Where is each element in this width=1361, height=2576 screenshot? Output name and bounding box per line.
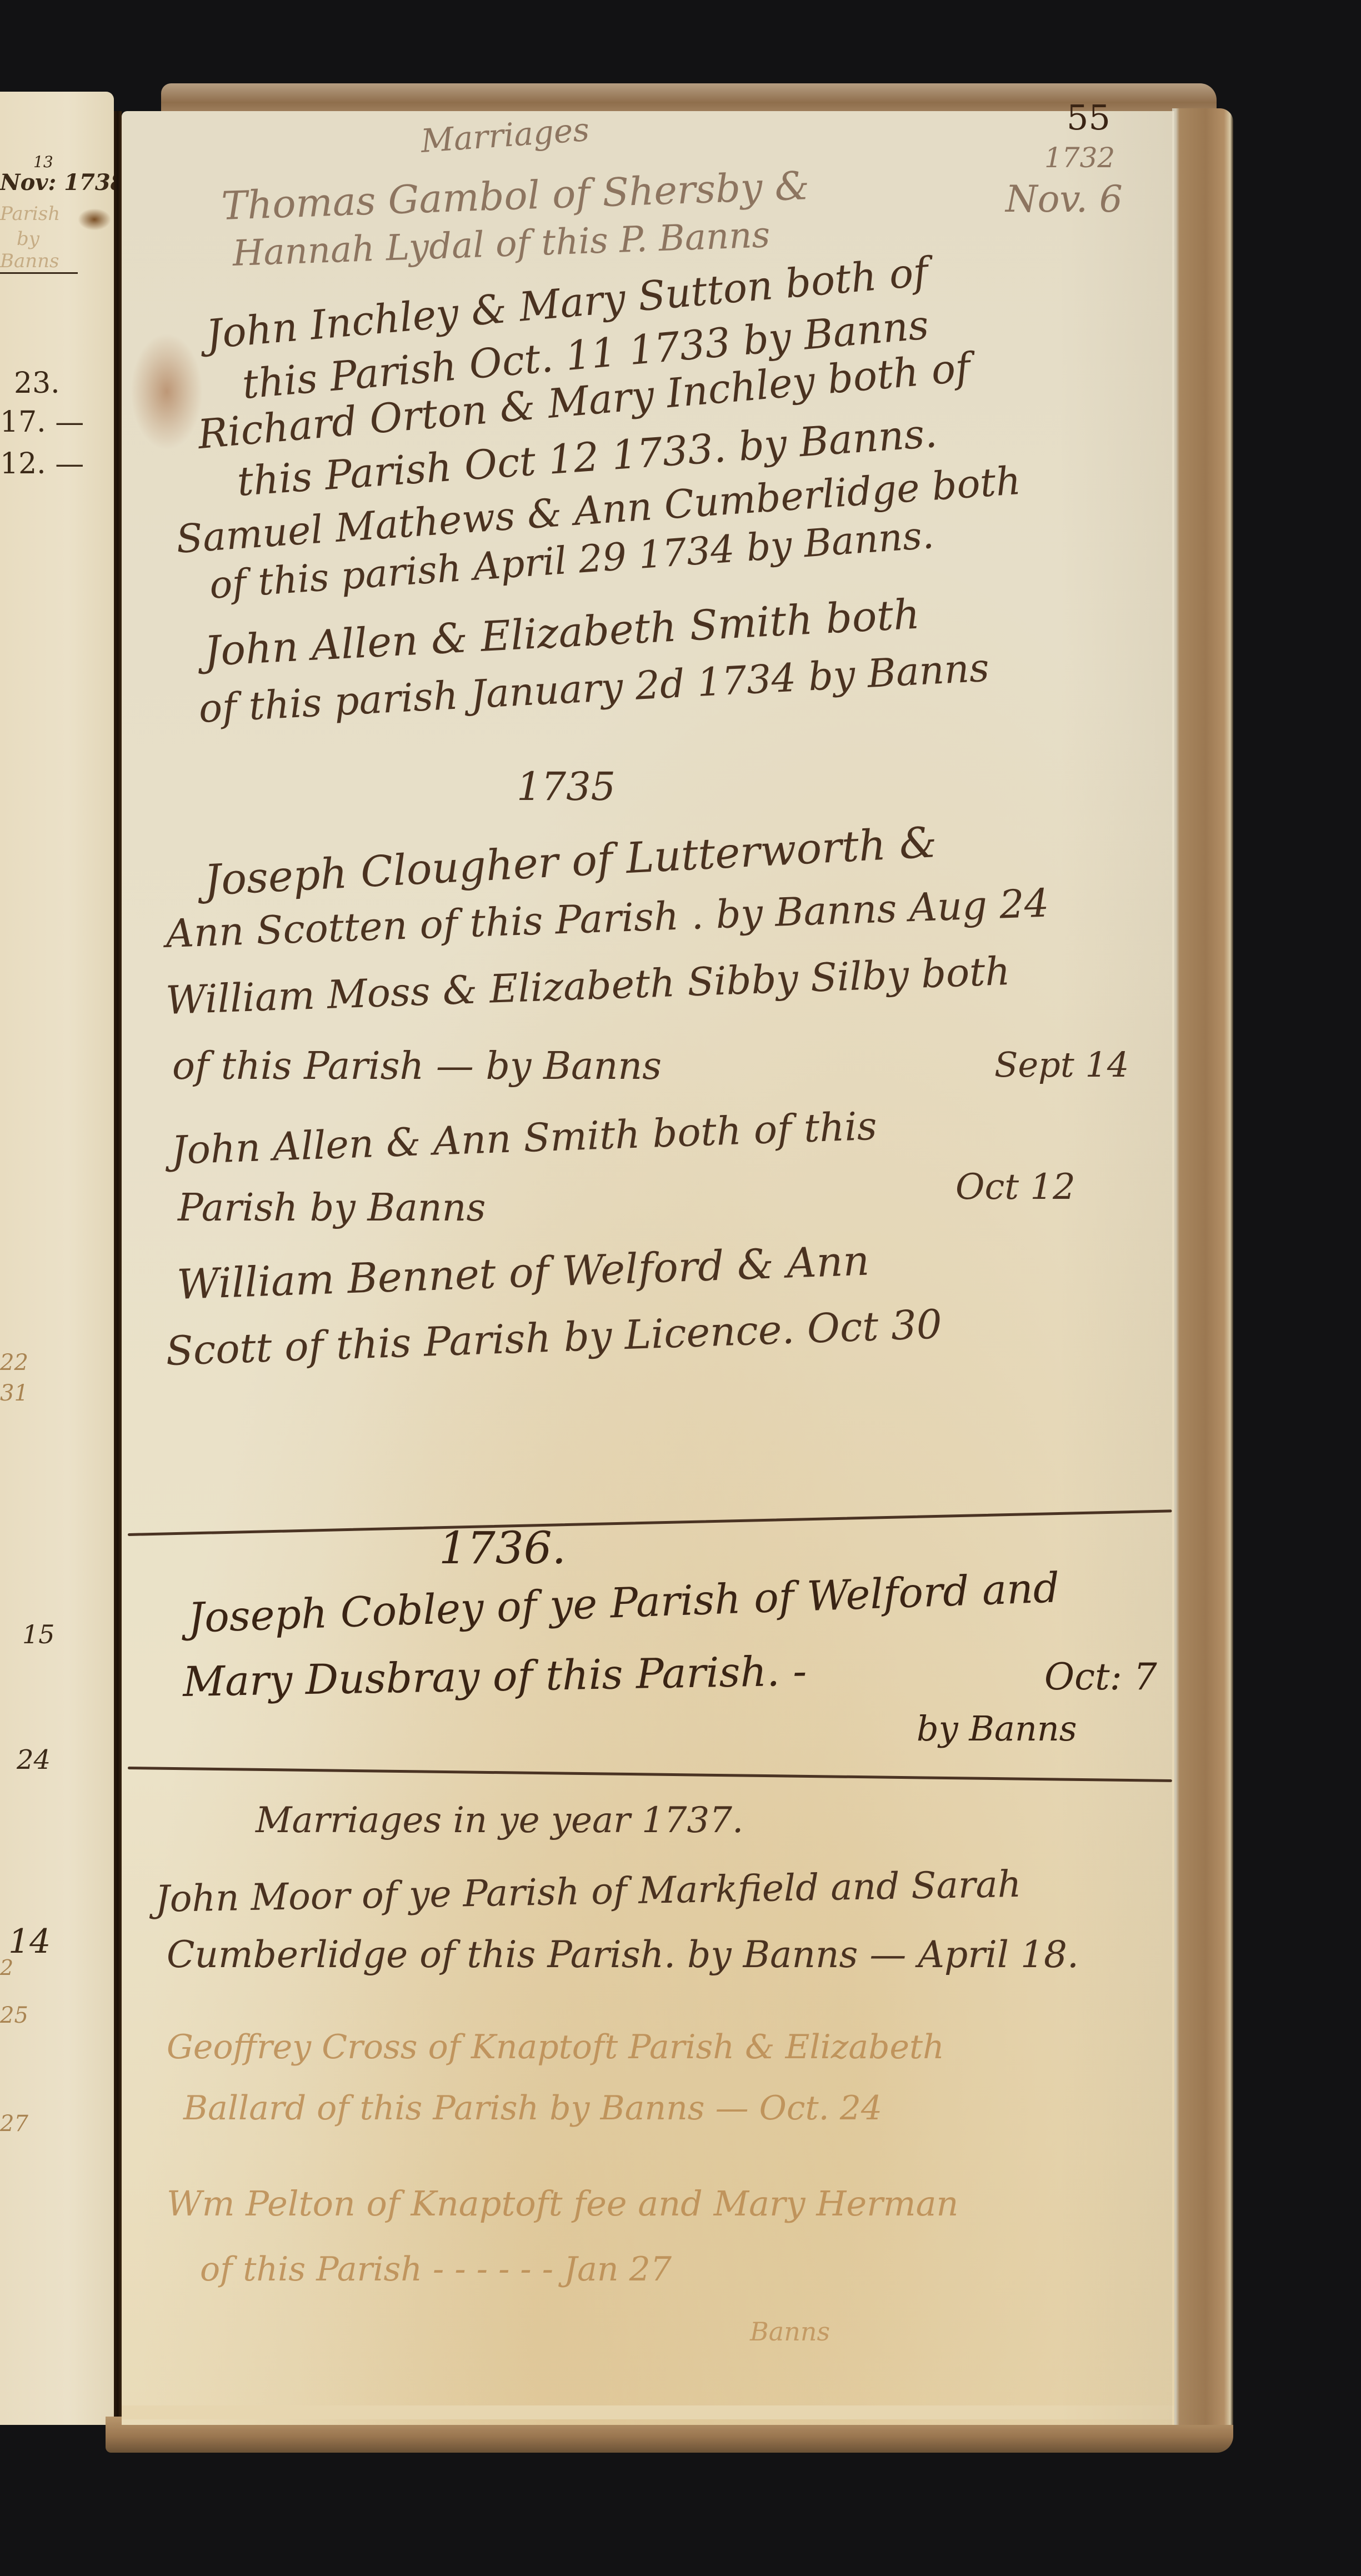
margin-number: 27 — [0, 2111, 28, 2137]
margin-number: 22 — [0, 1350, 28, 1375]
foxing-stain — [131, 333, 203, 450]
margin-rule — [0, 272, 78, 274]
entry-year-note: 1732 — [1044, 142, 1115, 174]
entry-line: Cumberlidge of this Parish. by Banns — A… — [167, 1933, 1079, 1976]
page-shadow — [1058, 111, 1172, 2425]
ink-stain — [78, 208, 111, 231]
vellum-cover-edge — [1172, 108, 1233, 2425]
entry-line-faded: of this Parish - - - - - - Jan 27 — [200, 2250, 672, 2289]
entry-line: Parish by Banns — [178, 1186, 486, 1230]
year-heading: 1736. — [439, 1522, 566, 1574]
margin-number: 23. — [14, 367, 60, 400]
entry-note-faded: Banns — [750, 2317, 830, 2347]
entry-method: by Banns — [917, 1708, 1077, 1749]
margin-note-parish: Parish — [0, 203, 60, 225]
page-bottom-edge — [122, 2405, 1174, 2419]
year-heading: 1735 — [517, 764, 616, 809]
entry-date: Oct: 7 — [1044, 1655, 1157, 1698]
entry-line-faded: Ballard of this Parish by Banns — Oct. 2… — [183, 2089, 882, 2128]
book-gutter — [114, 111, 122, 2422]
margin-number: 25 — [0, 2003, 28, 2028]
margin-number: 12. — — [0, 447, 84, 481]
margin-number: 24 — [17, 1744, 51, 1775]
margin-number: 2 — [0, 1955, 13, 1980]
margin-note-13: 13 — [33, 153, 53, 171]
entry-date: Oct 12 — [955, 1167, 1075, 1208]
entry-line: of this Parish — by Banns — [172, 1044, 662, 1088]
entry-line-faded: Wm Pelton of Knaptoft fee and Mary Herma… — [167, 2183, 959, 2224]
page-number: 55 — [1067, 97, 1110, 138]
entry-line-faded: Geoffrey Cross of Knaptoft Parish & Eliz… — [167, 2028, 944, 2067]
margin-number: 31 — [0, 1380, 28, 1406]
year-heading: Marriages in ye year 1737. — [256, 1800, 743, 1841]
margin-number: 17. — — [0, 406, 84, 439]
margin-number: 15 — [22, 1619, 55, 1649]
margin-note-nov: Nov: 1738 — [0, 169, 126, 196]
entry-date: Nov. 6 — [1005, 178, 1123, 221]
previous-page-fragment: 13 Nov: 1738 Parish by Banns 23. 17. — 1… — [0, 92, 114, 2425]
margin-note-by: by — [17, 228, 39, 250]
margin-note-banns: Banns — [0, 250, 59, 272]
margin-number: 14 — [8, 1922, 51, 1961]
entry-date: Sept 14 — [994, 1044, 1129, 1085]
